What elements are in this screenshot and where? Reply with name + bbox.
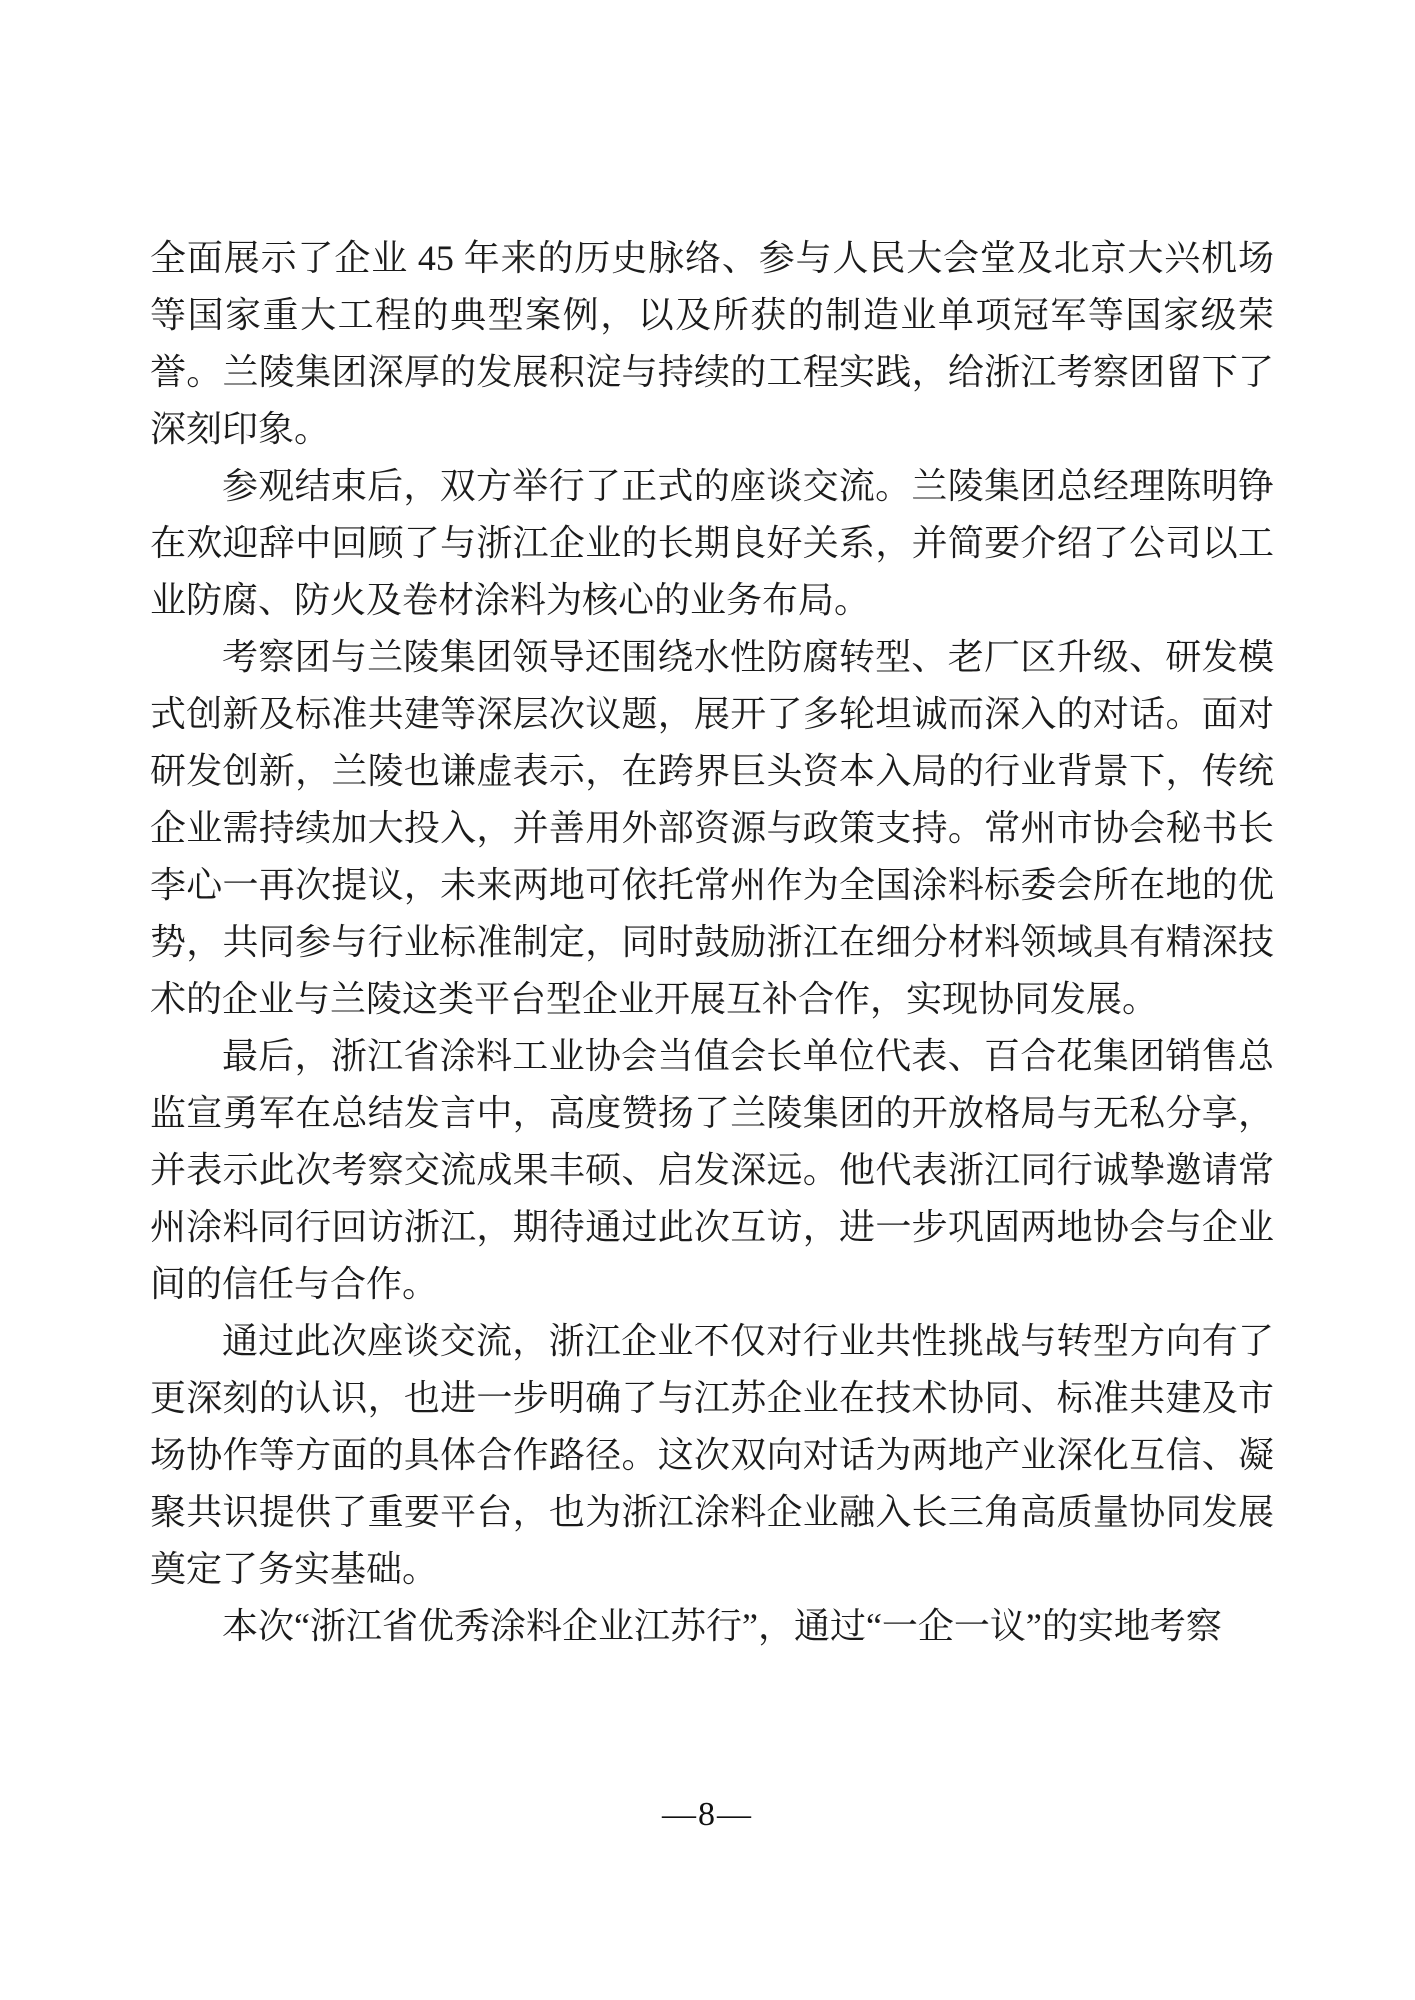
- page-number: —8—: [0, 1796, 1415, 1834]
- document-page: 全面展示了企业 45 年来的历史脉络、参与人民大会堂及北京大兴机场等国家重大工程…: [0, 0, 1415, 2000]
- document-body: 全面展示了企业 45 年来的历史脉络、参与人民大会堂及北京大兴机场等国家重大工程…: [150, 230, 1274, 1655]
- paragraph: 最后，浙江省涂料工业协会当值会长单位代表、百合花集团销售总监宣勇军在总结发言中，…: [150, 1028, 1274, 1313]
- paragraph-truncated: 本次“浙江省优秀涂料企业江苏行”，通过“一企一议”的实地考察: [150, 1598, 1274, 1655]
- paragraph: 参观结束后，双方举行了正式的座谈交流。兰陵集团总经理陈明铮在欢迎辞中回顾了与浙江…: [150, 458, 1274, 629]
- paragraph: 考察团与兰陵集团领导还围绕水性防腐转型、老厂区升级、研发模式创新及标准共建等深层…: [150, 629, 1274, 1028]
- paragraph: 通过此次座谈交流，浙江企业不仅对行业共性挑战与转型方向有了更深刻的认识，也进一步…: [150, 1313, 1274, 1598]
- paragraph-continuation: 全面展示了企业 45 年来的历史脉络、参与人民大会堂及北京大兴机场等国家重大工程…: [150, 230, 1274, 458]
